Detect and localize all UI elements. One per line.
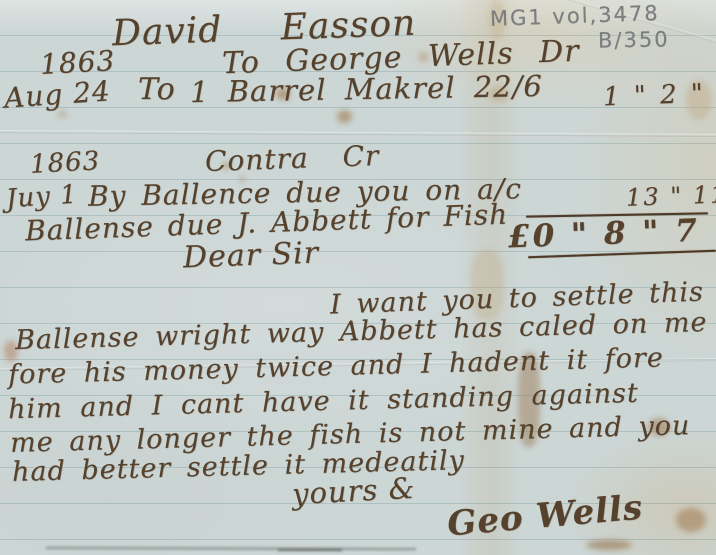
debit-description: 1 Barrel Makrel 22/6	[190, 69, 543, 109]
stain	[58, 110, 67, 118]
debit-amount: 1 " 2 " 6	[603, 78, 716, 113]
letter-closing: yours &	[291, 471, 416, 511]
contra-heading: Contra Cr	[204, 139, 379, 178]
stain	[676, 508, 706, 532]
stain	[337, 110, 352, 123]
letter-salutation: Dear Sir	[182, 236, 319, 276]
paper-edge-shadow	[278, 549, 342, 551]
archival-number: B/350	[598, 27, 670, 52]
contra-entry-1-date: Juy 1	[5, 180, 79, 215]
contra-entry-2-amount: £0 " 8 " 7	[507, 213, 700, 256]
stain	[586, 540, 632, 550]
scanned-letter-page: MG1 vol,3478 B/350 David Easson 1863 To …	[0, 0, 716, 555]
debit-to-mark: To	[138, 72, 176, 107]
contra-year: 1863	[29, 146, 101, 180]
contra-entry-1-amount: 13 " 11	[626, 180, 716, 212]
